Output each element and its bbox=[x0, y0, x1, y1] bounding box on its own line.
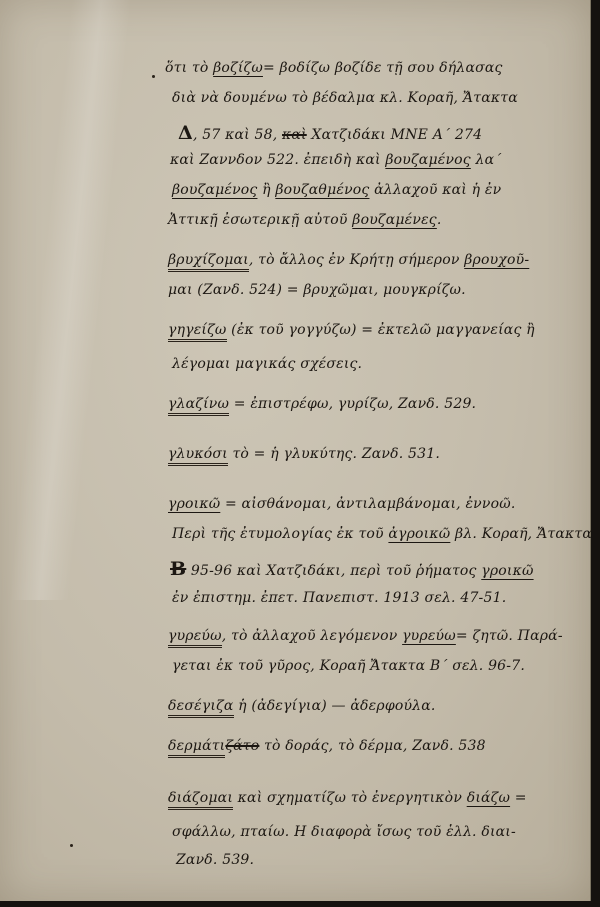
text-line: ὅτι τὸ βοζίζω= βοδίζω βοζίδε τῇ σου δήλα… bbox=[165, 60, 503, 76]
text-line: Ἀττικῇ ἐσωτερικῇ αὐτοῦ βουζαμένες. bbox=[168, 212, 442, 228]
entry-headword-line: γυρεύω, τὸ ἀλλαχοῦ λεγόμενον γυρεύω= ζητ… bbox=[168, 628, 563, 644]
headword: γυρεύω bbox=[168, 628, 222, 648]
text-line: βουζαμένος ἢ βουζαθμένος ἀλλαχοῦ καὶ ἡ ἐ… bbox=[172, 182, 501, 198]
text-line: Περὶ τῆς ἐτυμολογίας ἐκ τοῦ ἀγροικῶ βλ. … bbox=[172, 526, 592, 542]
text-line: γεται ἐκ τοῦ γῦρος, Κοραῆ Ἄτακτα Β΄ σελ.… bbox=[172, 658, 525, 674]
headword: γλυκόσι bbox=[168, 446, 228, 466]
paper-fold-highlight bbox=[8, 0, 131, 600]
entry-headword-line: διάζομαι καὶ σχηματίζω τὸ ἐνεργητικὸν δι… bbox=[168, 790, 527, 806]
headword: διάζομαι bbox=[168, 790, 233, 810]
text-line: καὶ Ζαννδον 522. ἐπειδὴ καὶ βουζαμένος λ… bbox=[170, 152, 501, 168]
entry-headword-line: γροικῶ = αἰσθάνομαι, ἀντιλαμβάνομαι, ἐνν… bbox=[168, 496, 516, 512]
text-line: Ζανδ. 539. bbox=[176, 852, 254, 868]
entry-headword-line: βρυχίζομαι, τὸ ἄλλος ἐν Κρήτῃ σήμερον βρ… bbox=[168, 252, 529, 268]
ink-dot bbox=[152, 75, 155, 78]
headword: γροικῶ bbox=[168, 496, 220, 512]
headword: δερμάτι bbox=[168, 738, 225, 758]
entry-headword-line: γηγείζω (ἐκ τοῦ γογγύζω) = ἐκτελῶ μαγγαν… bbox=[168, 322, 535, 338]
text-line: διὰ νὰ δουμένω τὸ βέδαλμα κλ. Κοραῆ, Ἄτα… bbox=[172, 90, 518, 106]
text-line: σφάλλω, πταίω. Η διαφορὰ ἴσως τοῦ ἑλλ. δ… bbox=[172, 824, 516, 840]
text-line: λέγομαι μαγικάς σχέσεις. bbox=[172, 356, 362, 372]
entry-headword-line: γλαζίνω = ἐπιστρέφω, γυρίζω, Ζανδ. 529. bbox=[168, 396, 476, 412]
entry-headword-line: γλυκόσι τὸ = ἡ γλυκύτης. Ζανδ. 531. bbox=[168, 446, 440, 462]
headword: δεσέγιζα bbox=[168, 698, 234, 718]
manuscript-page: ὅτι τὸ βοζίζω= βοδίζω βοζίδε τῇ σου δήλα… bbox=[0, 0, 591, 901]
headword: βρυχίζομαι bbox=[168, 252, 249, 272]
text-line: Δ, 57 καὶ 58, καὶ Χατζιδάκι ΜΝΕ Α΄ 274 bbox=[178, 122, 482, 144]
entry-headword-line: δεσέγιζα ἡ (ἀδεγίγια) — ἀδερφούλα. bbox=[168, 698, 436, 714]
text-line: ἐν ἐπιστημ. ἐπετ. Πανεπιστ. 1913 σελ. 47… bbox=[172, 590, 506, 606]
entry-headword-line: δερμάτιζάτο τὸ δοράς, τὸ δέρμα, Ζανδ. 53… bbox=[168, 738, 486, 754]
headword: γηγείζω bbox=[168, 322, 227, 342]
text-line: μαι (Ζανδ. 524) = βρυχῶμαι, μουγκρίζω. bbox=[168, 282, 466, 298]
text-line: Β 95-96 καὶ Χατζιδάκι, περὶ τοῦ ῥήματος … bbox=[170, 558, 534, 580]
ink-dot bbox=[70, 844, 73, 847]
headword: γλαζίνω bbox=[168, 396, 229, 416]
